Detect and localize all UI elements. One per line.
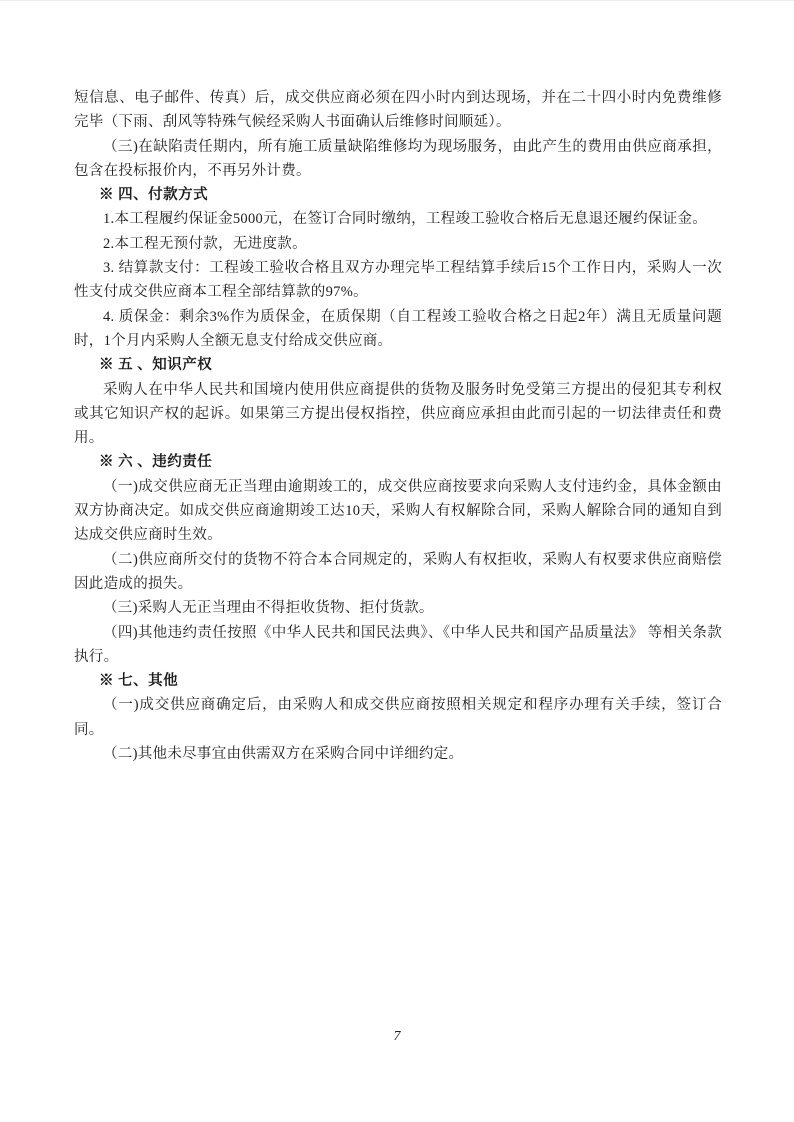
section-heading: ※ 七、其他	[74, 669, 722, 693]
paragraph: 1.本工程履约保证金5000元，在签订合同时缴纳，工程竣工验收合格后无息退还履约…	[74, 207, 722, 231]
document-page: 短信息、电子邮件、传真）后，成交供应商必须在四小时内到达现场，并在二十四小时内免…	[0, 0, 794, 1122]
paragraph: 3. 结算款支付：工程竣工验收合格且双方办理完毕工程结算手续后15个工作日内，采…	[74, 256, 722, 305]
paragraph: （四)其他违约责任按照《中华人民共和国民法典》、《中华人民共和国产品质量法》 等…	[74, 621, 722, 670]
paragraph: 4. 质保金：剩余3%作为质保金，在质保期（自工程竣工验收合格之日起2年）满且无…	[74, 305, 722, 354]
paragraph: 2.本工程无预付款，无进度款。	[74, 232, 722, 256]
paragraph: （三)在缺陷责任期内，所有施工质量缺陷维修均为现场服务，由此产生的费用由供应商承…	[74, 135, 722, 184]
paragraph: （一)成交供应商无正当理由逾期竣工的，成交供应商按要求向采购人支付违约金，具体金…	[74, 475, 722, 548]
paragraph: 短信息、电子邮件、传真）后，成交供应商必须在四小时内到达现场，并在二十四小时内免…	[74, 86, 722, 135]
section-heading: ※ 四、付款方式	[74, 183, 722, 207]
paragraph: （二)供应商所交付的货物不符合本合同规定的，采购人有权拒收，采购人有权要求供应商…	[74, 548, 722, 597]
section-heading: ※ 五 、知识产权	[74, 353, 722, 377]
section-heading: ※ 六 、违约责任	[74, 450, 722, 474]
paragraph: （一)成交供应商确定后，由采购人和成交供应商按照相关规定和程序办理有关手续，签订…	[74, 693, 722, 742]
page-number: 7	[0, 1025, 794, 1049]
paragraph: 采购人在中华人民共和国境内使用供应商提供的货物及服务时免受第三方提出的侵犯其专利…	[74, 378, 722, 451]
document-body: 短信息、电子邮件、传真）后，成交供应商必须在四小时内到达现场，并在二十四小时内免…	[74, 86, 722, 766]
paragraph: （二)其他未尽事宜由供需双方在采购合同中详细约定。	[74, 742, 722, 766]
paragraph: （三)采购人无正当理由不得拒收货物、拒付货款。	[74, 596, 722, 620]
